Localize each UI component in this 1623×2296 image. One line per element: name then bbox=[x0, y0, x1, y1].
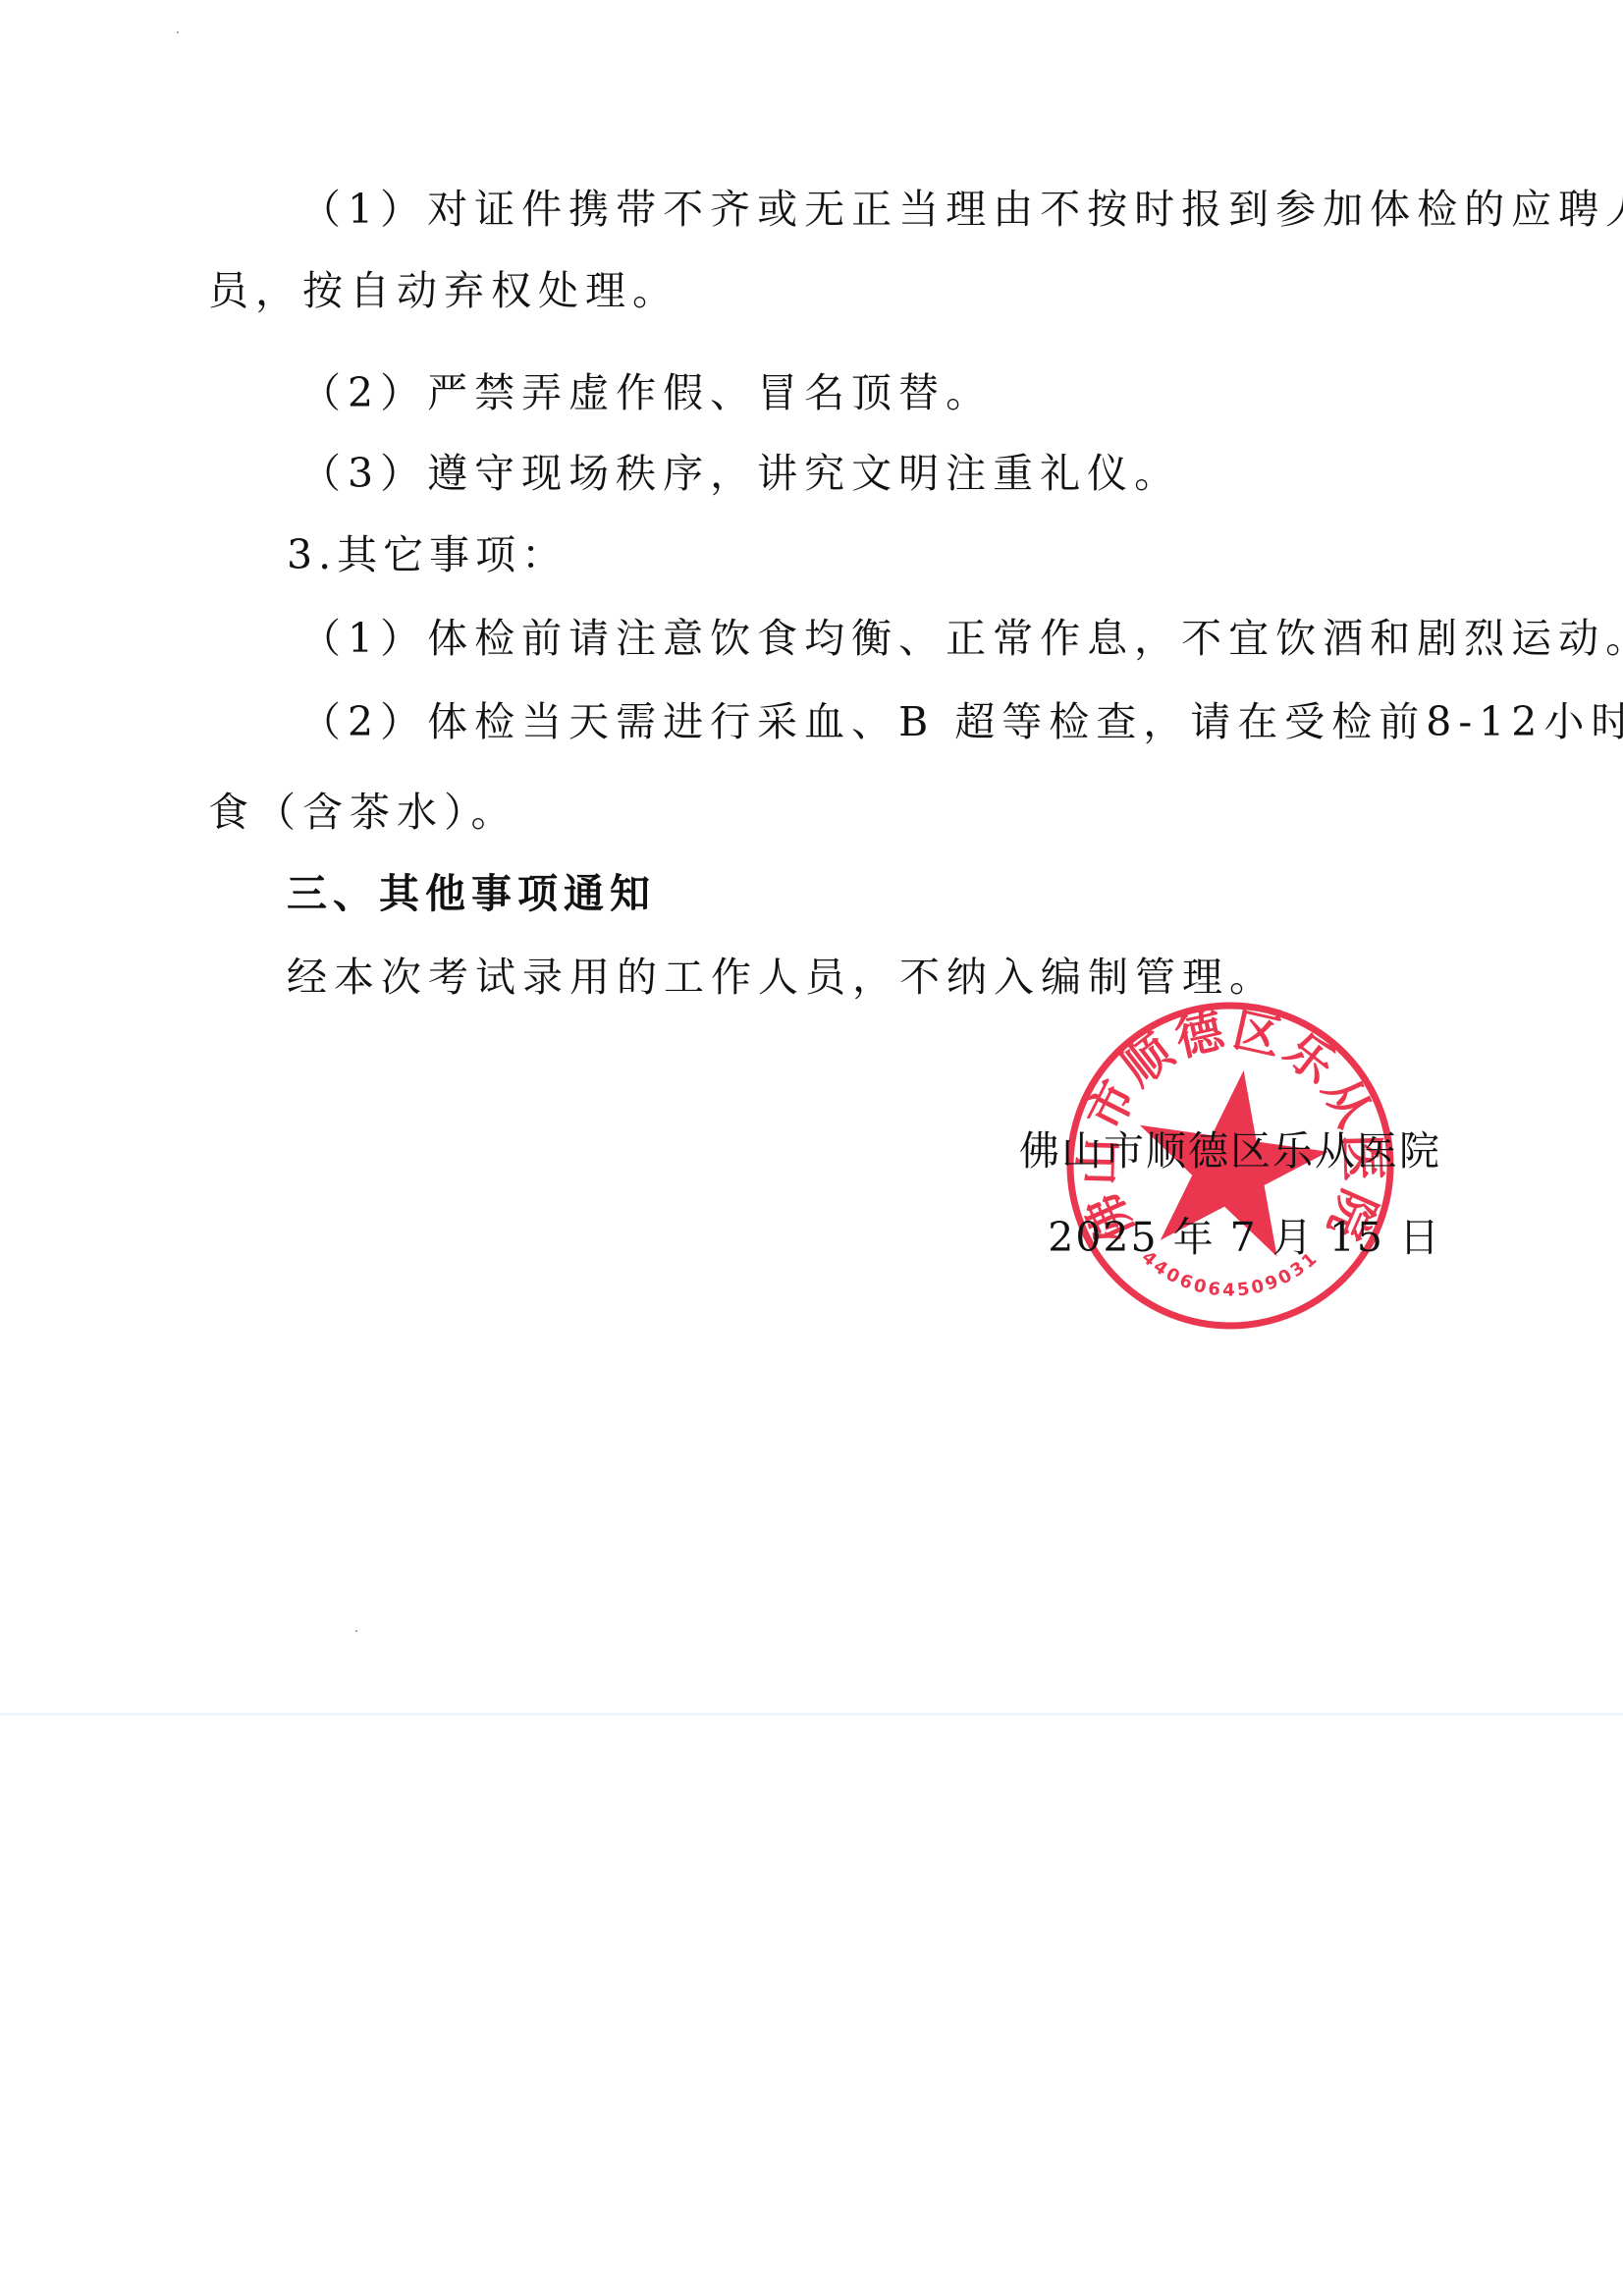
other-matter-item-1: （1）体检前请注意饮食均衡、正常作息，不宜饮酒和剧烈运动。 bbox=[300, 611, 1623, 666]
rule-item-1-line-1: （1）对证件携带不齐或无正当理由不按时报到参加体检的应聘人 bbox=[300, 182, 1623, 237]
other-matter-item-2-line-2: 食（含茶水）。 bbox=[208, 785, 518, 840]
other-matters-heading: 3.其它事项： bbox=[287, 527, 568, 582]
document-page: （1）对证件携带不齐或无正当理由不按时报到参加体检的应聘人 员，按自动弃权处理。… bbox=[0, 0, 1623, 2296]
section-3-heading: 三、其他事项通知 bbox=[287, 866, 656, 921]
rule-item-3: （3）遵守现场秩序，讲究文明注重礼仪。 bbox=[300, 446, 1181, 501]
section-3-body: 经本次考试录用的工作人员，不纳入编制管理。 bbox=[287, 950, 1276, 1005]
signature-date: 2025 年 7 月 15 日 bbox=[1048, 1210, 1441, 1265]
other-matter-item-2-line-1: （2）体检当天需进行采血、B 超等检查，请在受检前8-12小时禁 bbox=[300, 694, 1623, 749]
rule-item-2: （2）严禁弄虚作假、冒名顶替。 bbox=[300, 365, 993, 420]
signature-organization: 佛山市顺德区乐从医院 bbox=[1019, 1123, 1441, 1178]
rule-item-1-line-2: 员，按自动弃权处理。 bbox=[208, 263, 679, 318]
